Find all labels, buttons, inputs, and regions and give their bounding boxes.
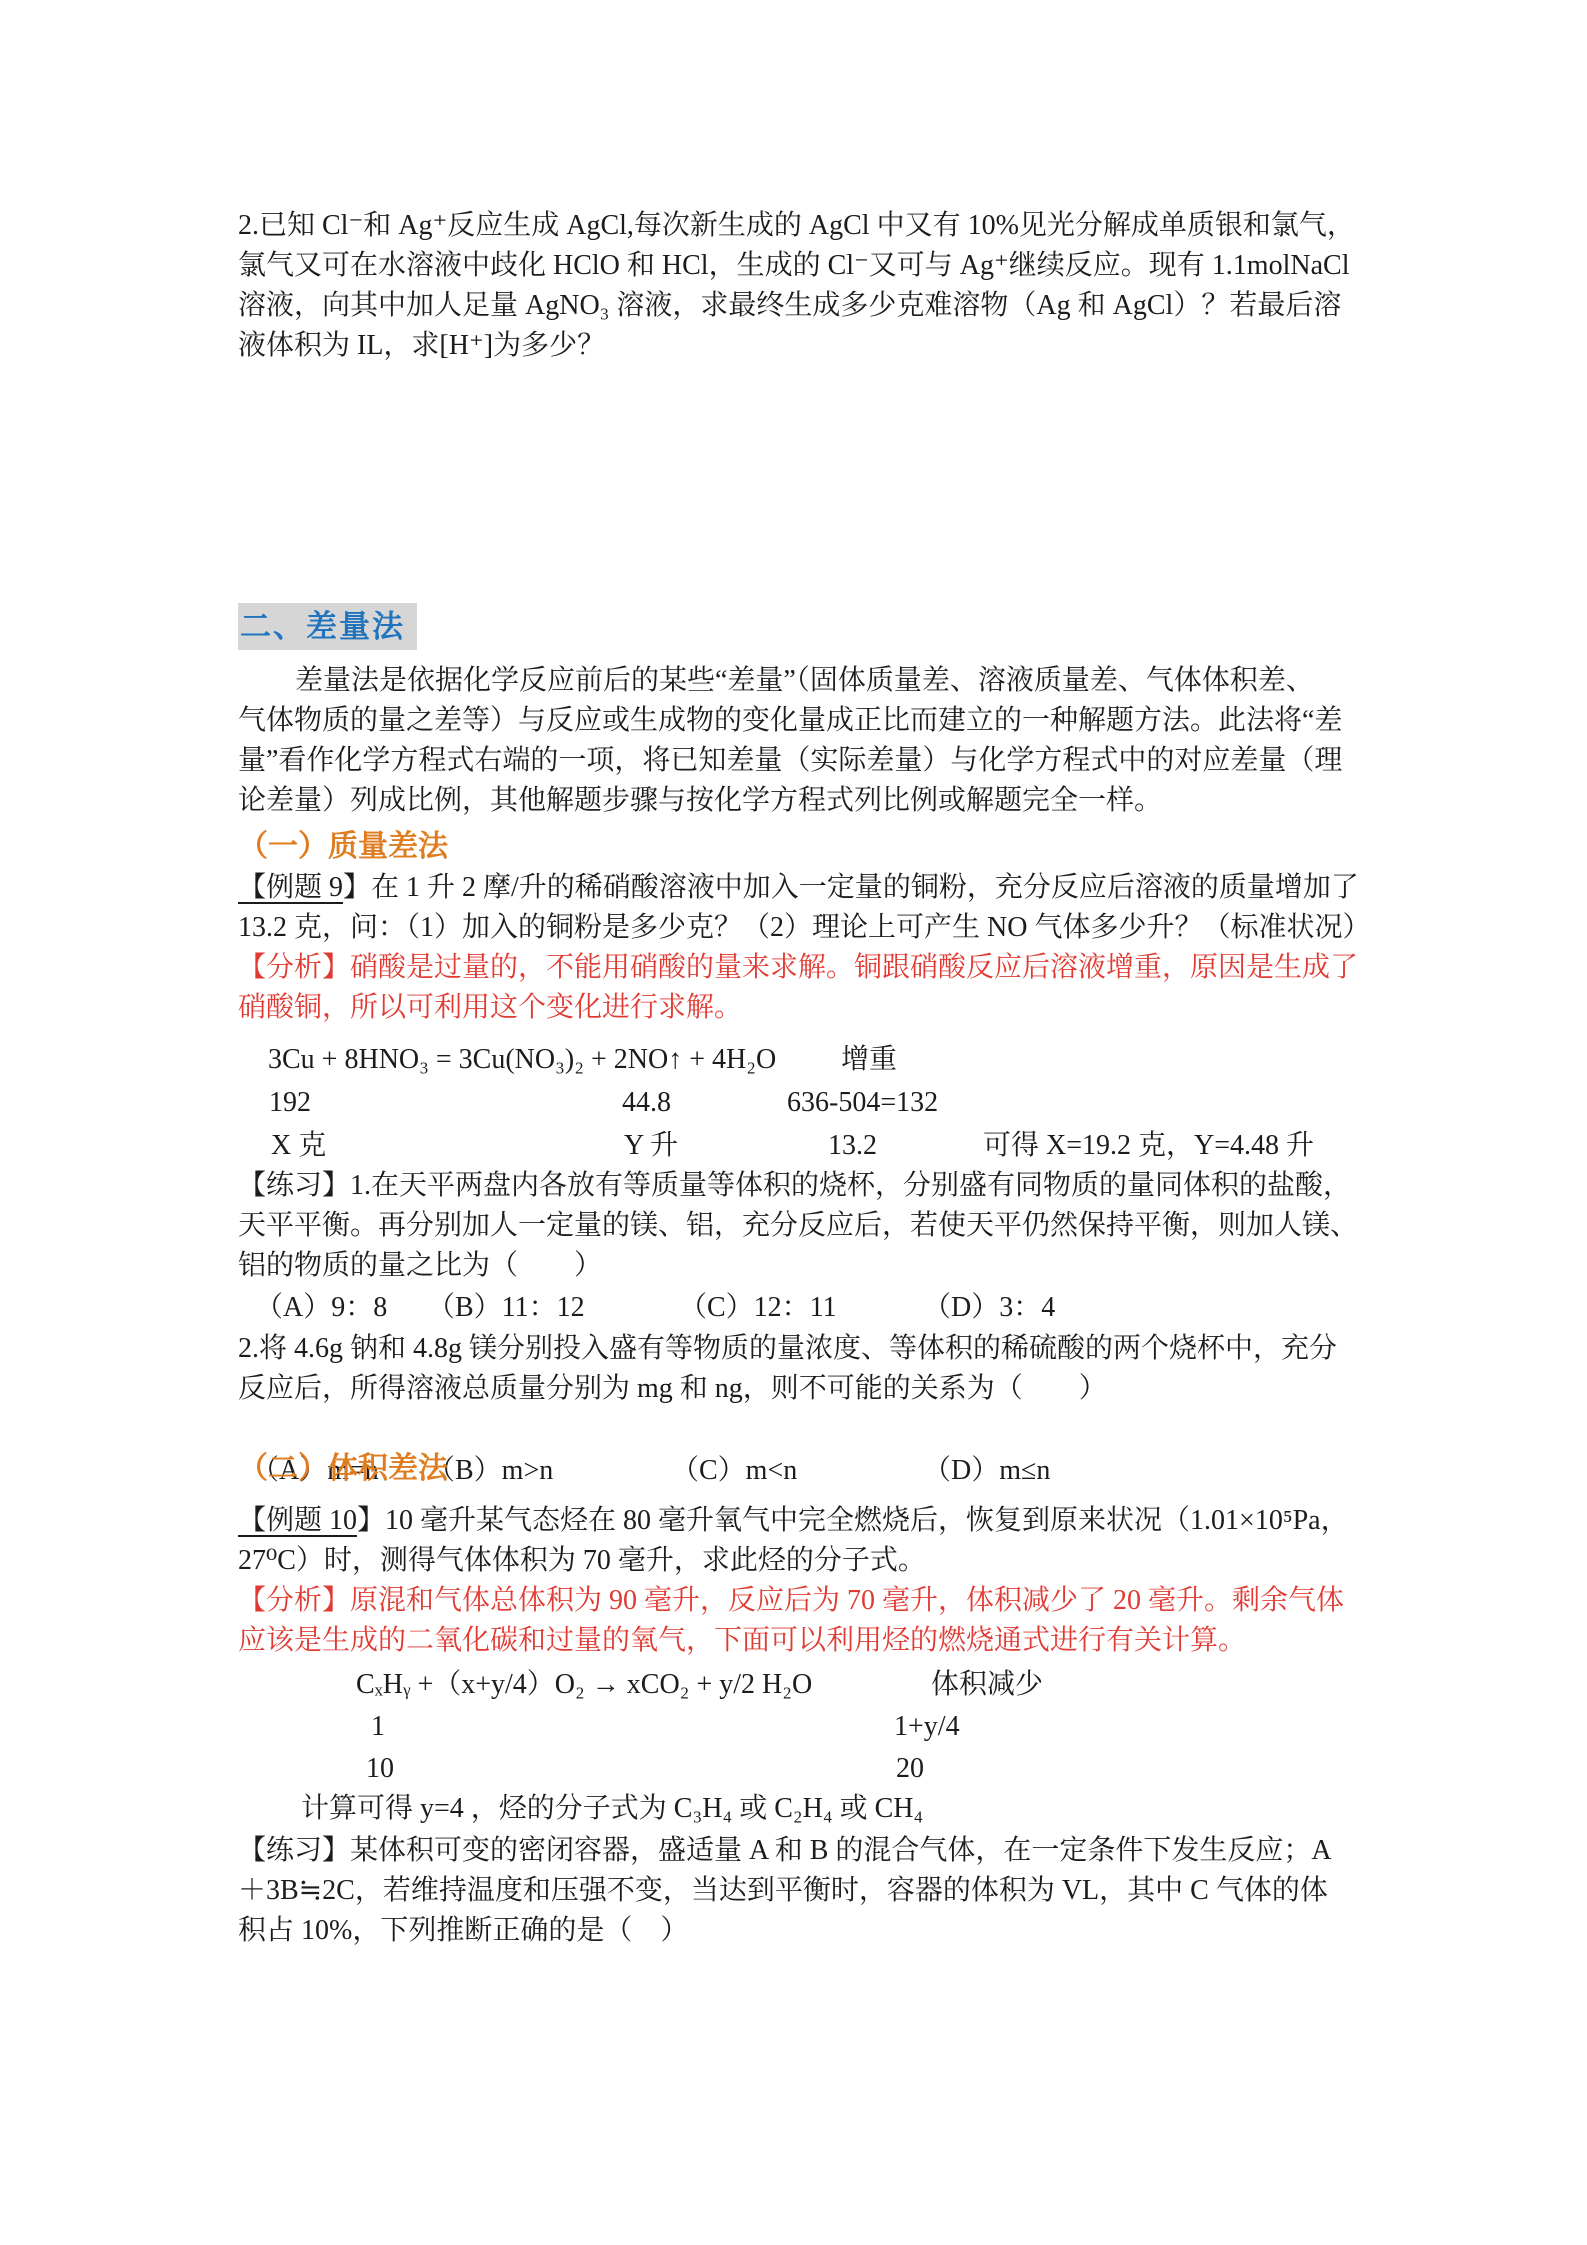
analysis10-line1: 【分析】原混和气体总体积为 90 毫升，反应后为 70 毫升，体积减少了 20 …: [238, 1581, 1423, 1621]
mass-practice-line2: 天平平衡。再分别加人一定量的镁、铝，充分反应后，若使天平仍然保持平衡，则加人镁、: [238, 1206, 1423, 1246]
choice-option: （B）11：12: [427, 1288, 585, 1328]
theory-delta: 636-504=132: [787, 1081, 938, 1124]
mass-practice-line3: 铝的物质的量之比为（ ）: [238, 1246, 1423, 1286]
mass-method-title-block: （一）质量差法: [238, 828, 1423, 866]
analysis9-line2: 硝酸铜，所以可利用这个变化进行求解。: [238, 988, 1423, 1028]
volume-equation-block: CₓHᵧ +（x+y/4）O₂ → xCO₂ + y/2 H₂O 体积减少 1 …: [238, 1664, 1423, 1790]
intro-line: 论差量）列成比例，其他解题步骤与按化学方程式列比例或解题完全一样。: [238, 781, 1423, 821]
analysis10-label: 【分析】: [238, 1585, 350, 1616]
volume-practice-line1: 【练习】某体积可变的密闭容器，盛适量 A 和 B 的混合气体，在一定条件下发生反…: [238, 1831, 1423, 1871]
intro-line: 差量法是依据化学反应前后的某些“差量”（固体质量差、溶液质量差、气体体积差、: [238, 661, 1423, 701]
mass-practice-text: 1.在天平两盘内各放有等质量等体积的烧杯，分别盛有同物质的量同体积的盐酸，: [350, 1170, 1351, 1201]
mass-equation-formula: 3Cu + 8HNO₃ = 3Cu(NO₃)₂ + 2NO↑ + 4H₂O: [268, 1038, 776, 1081]
theory-delta: 1+y/4: [894, 1706, 960, 1748]
intro-line: 气体物质的量之差等）与反应或生成物的变化量成正比而建立的一种解题方法。此法将“差: [238, 701, 1423, 741]
volume-equation-formula: CₓHᵧ +（x+y/4）O₂ → xCO₂ + y/2 H₂O: [356, 1664, 812, 1706]
volume-equation-delta-label: 体积减少: [931, 1664, 1043, 1706]
conclusion-text: 计算可得 y=4 ，烃的分子式为 C₃H₄ 或 C₂H₄ 或 CH₄: [238, 1789, 1423, 1829]
theory-volume: 44.8: [622, 1081, 671, 1124]
choice-option: （C）12：11: [679, 1288, 837, 1328]
choice-option: （A）9：8: [255, 1288, 387, 1328]
actual-mass: X 克: [271, 1124, 326, 1167]
actual-volume: Y 升: [624, 1124, 678, 1167]
intro-line: 量”看作化学方程式右端的一项，将已知差量（实际差量）与化学方程式中的对应差量（理: [238, 741, 1423, 781]
volume-practice-text: 某体积可变的密闭容器，盛适量 A 和 B 的混合气体，在一定条件下发生反应；A: [350, 1835, 1332, 1866]
mass-practice-block: 【练习】1.在天平两盘内各放有等质量等体积的烧杯，分别盛有同物质的量同体积的盐酸…: [238, 1166, 1423, 1286]
conclusion-block: 计算可得 y=4 ，烃的分子式为 C₃H₄ 或 C₂H₄ 或 CH₄: [238, 1789, 1423, 1829]
volume-practice-block: 【练习】某体积可变的密闭容器，盛适量 A 和 B 的混合气体，在一定条件下发生反…: [238, 1831, 1423, 1951]
volume-practice-label: 【练习】: [238, 1835, 350, 1866]
example10-line1: 【例题 10】10 毫升某气态烃在 80 毫升氧气中完全燃烧后，恢复到原来状况（…: [238, 1501, 1423, 1541]
analysis9-line1: 【分析】硝酸是过量的，不能用硝酸的量来求解。铜跟硝酸反应后溶液增重，原因是生成了: [238, 948, 1423, 988]
q2-line2: 反应后，所得溶液总质量分别为 mg 和 ng，则不可能的关系为（ ）: [238, 1369, 1423, 1409]
example10-label: 【例题 10: [238, 1505, 357, 1536]
section-title: 二、差量法: [238, 603, 417, 650]
analysis10-block: 【分析】原混和气体总体积为 90 毫升，反应后为 70 毫升，体积减少了 20 …: [238, 1581, 1423, 1661]
example9-text: 在 1 升 2 摩/升的稀硝酸溶液中加入一定量的铜粉，充分反应后溶液的质量增加了: [371, 872, 1359, 903]
problem2-line: 液体积为 IL，求[H⁺]为多少？: [238, 326, 1423, 366]
example9-label-close: 】: [343, 872, 371, 903]
actual-delta: 20: [896, 1748, 924, 1790]
intro-paragraph: 差量法是依据化学反应前后的某些“差量”（固体质量差、溶液质量差、气体体积差、 气…: [238, 661, 1423, 821]
q1-choices-row: （A）9：8 （B）11：12 （C）12：11 （D）3：4: [238, 1288, 1423, 1328]
mass-method-title: （一）质量差法: [238, 828, 1423, 866]
mass-equation-block: 3Cu + 8HNO₃ = 3Cu(NO₃)₂ + 2NO↑ + 4H₂O 增重…: [238, 1038, 1423, 1167]
analysis9-block: 【分析】硝酸是过量的，不能用硝酸的量来求解。铜跟硝酸反应后溶液增重，原因是生成了…: [238, 948, 1423, 1028]
mass-equation-row2: 192 44.8 636-504=132: [238, 1081, 1423, 1124]
volume-method-title-block: （二）体积差法: [238, 1450, 1423, 1488]
example9-line1: 【例题 9】在 1 升 2 摩/升的稀硝酸溶液中加入一定量的铜粉，充分反应后溶液…: [238, 868, 1423, 908]
example10-label-close: 】: [357, 1505, 385, 1536]
document-page: 2.已知 Cl⁻和 Ag⁺反应生成 AgCl,每次新生成的 AgCl 中又有 1…: [0, 0, 1587, 2245]
mass-equation-result: 可得 X=19.2 克，Y=4.48 升: [983, 1124, 1314, 1167]
mass-equation-row1: 3Cu + 8HNO₃ = 3Cu(NO₃)₂ + 2NO↑ + 4H₂O 增重: [238, 1038, 1423, 1081]
volume-equation-row3: 10 20: [238, 1748, 1423, 1790]
analysis10-text: 原混和气体总体积为 90 毫升，反应后为 70 毫升，体积减少了 20 毫升。剩…: [350, 1585, 1344, 1616]
volume-equation-row2: 1 1+y/4: [238, 1706, 1423, 1748]
q2-line1: 2.将 4.6g 钠和 4.8g 镁分别投入盛有等物质的量浓度、等体积的稀硫酸的…: [238, 1329, 1423, 1369]
choice-option: （D）3：4: [923, 1288, 1055, 1328]
mass-practice-label: 【练习】: [238, 1170, 350, 1201]
mass-equation-delta-label: 增重: [841, 1038, 897, 1081]
volume-equation-row1: CₓHᵧ +（x+y/4）O₂ → xCO₂ + y/2 H₂O 体积减少: [238, 1664, 1423, 1706]
volume-practice-line3: 积占 10%，下列推断正确的是（ ）: [238, 1911, 1423, 1951]
example9-block: 【例题 9】在 1 升 2 摩/升的稀硝酸溶液中加入一定量的铜粉，充分反应后溶液…: [238, 868, 1423, 948]
q2-block: 2.将 4.6g 钠和 4.8g 镁分别投入盛有等物质的量浓度、等体积的稀硫酸的…: [238, 1329, 1423, 1409]
theory-mass: 192: [269, 1081, 311, 1124]
actual-delta: 13.2: [828, 1124, 877, 1167]
actual-value: 10: [366, 1748, 394, 1790]
example9-label: 【例题 9: [238, 872, 343, 903]
analysis9-text: 硝酸是过量的，不能用硝酸的量来求解。铜跟硝酸反应后溶液增重，原因是生成了: [350, 952, 1358, 983]
problem2-paragraph: 2.已知 Cl⁻和 Ag⁺反应生成 AgCl,每次新生成的 AgCl 中又有 1…: [238, 206, 1423, 366]
example9-line2: 13.2 克，问：（1）加入的铜粉是多少克？（2）理论上可产生 NO 气体多少升…: [238, 908, 1423, 948]
problem2-line: 溶液，向其中加人足量 AgNO₃ 溶液，求最终生成多少克难溶物（Ag 和 AgC…: [238, 286, 1423, 326]
analysis9-label: 【分析】: [238, 952, 350, 983]
example10-text: 10 毫升某气态烃在 80 毫升氧气中完全燃烧后，恢复到原来状况（1.01×10…: [385, 1505, 1349, 1536]
volume-method-title: （二）体积差法: [238, 1450, 1423, 1488]
problem2-line: 氯气又可在水溶液中歧化 HClO 和 HCl，生成的 Cl⁻又可与 Ag⁺继续反…: [238, 246, 1423, 286]
volume-practice-line2: ＋3B≒2C，若维持温度和压强不变，当达到平衡时，容器的体积为 VL，其中 C …: [238, 1871, 1423, 1911]
analysis10-line2: 应该是生成的二氧化碳和过量的氧气，下面可以利用烃的燃烧通式进行有关计算。: [238, 1621, 1423, 1661]
example10-block: 【例题 10】10 毫升某气态烃在 80 毫升氧气中完全燃烧后，恢复到原来状况（…: [238, 1501, 1423, 1581]
problem2-line: 2.已知 Cl⁻和 Ag⁺反应生成 AgCl,每次新生成的 AgCl 中又有 1…: [238, 206, 1423, 246]
section-header-block: 二、差量法: [238, 603, 1423, 650]
theory-ratio: 1: [371, 1706, 385, 1748]
mass-equation-row3: X 克 Y 升 13.2 可得 X=19.2 克，Y=4.48 升: [238, 1124, 1423, 1167]
example10-line2: 27⁰C）时，测得气体体积为 70 毫升，求此烃的分子式。: [238, 1541, 1423, 1581]
mass-practice-line1: 【练习】1.在天平两盘内各放有等质量等体积的烧杯，分别盛有同物质的量同体积的盐酸…: [238, 1166, 1423, 1206]
